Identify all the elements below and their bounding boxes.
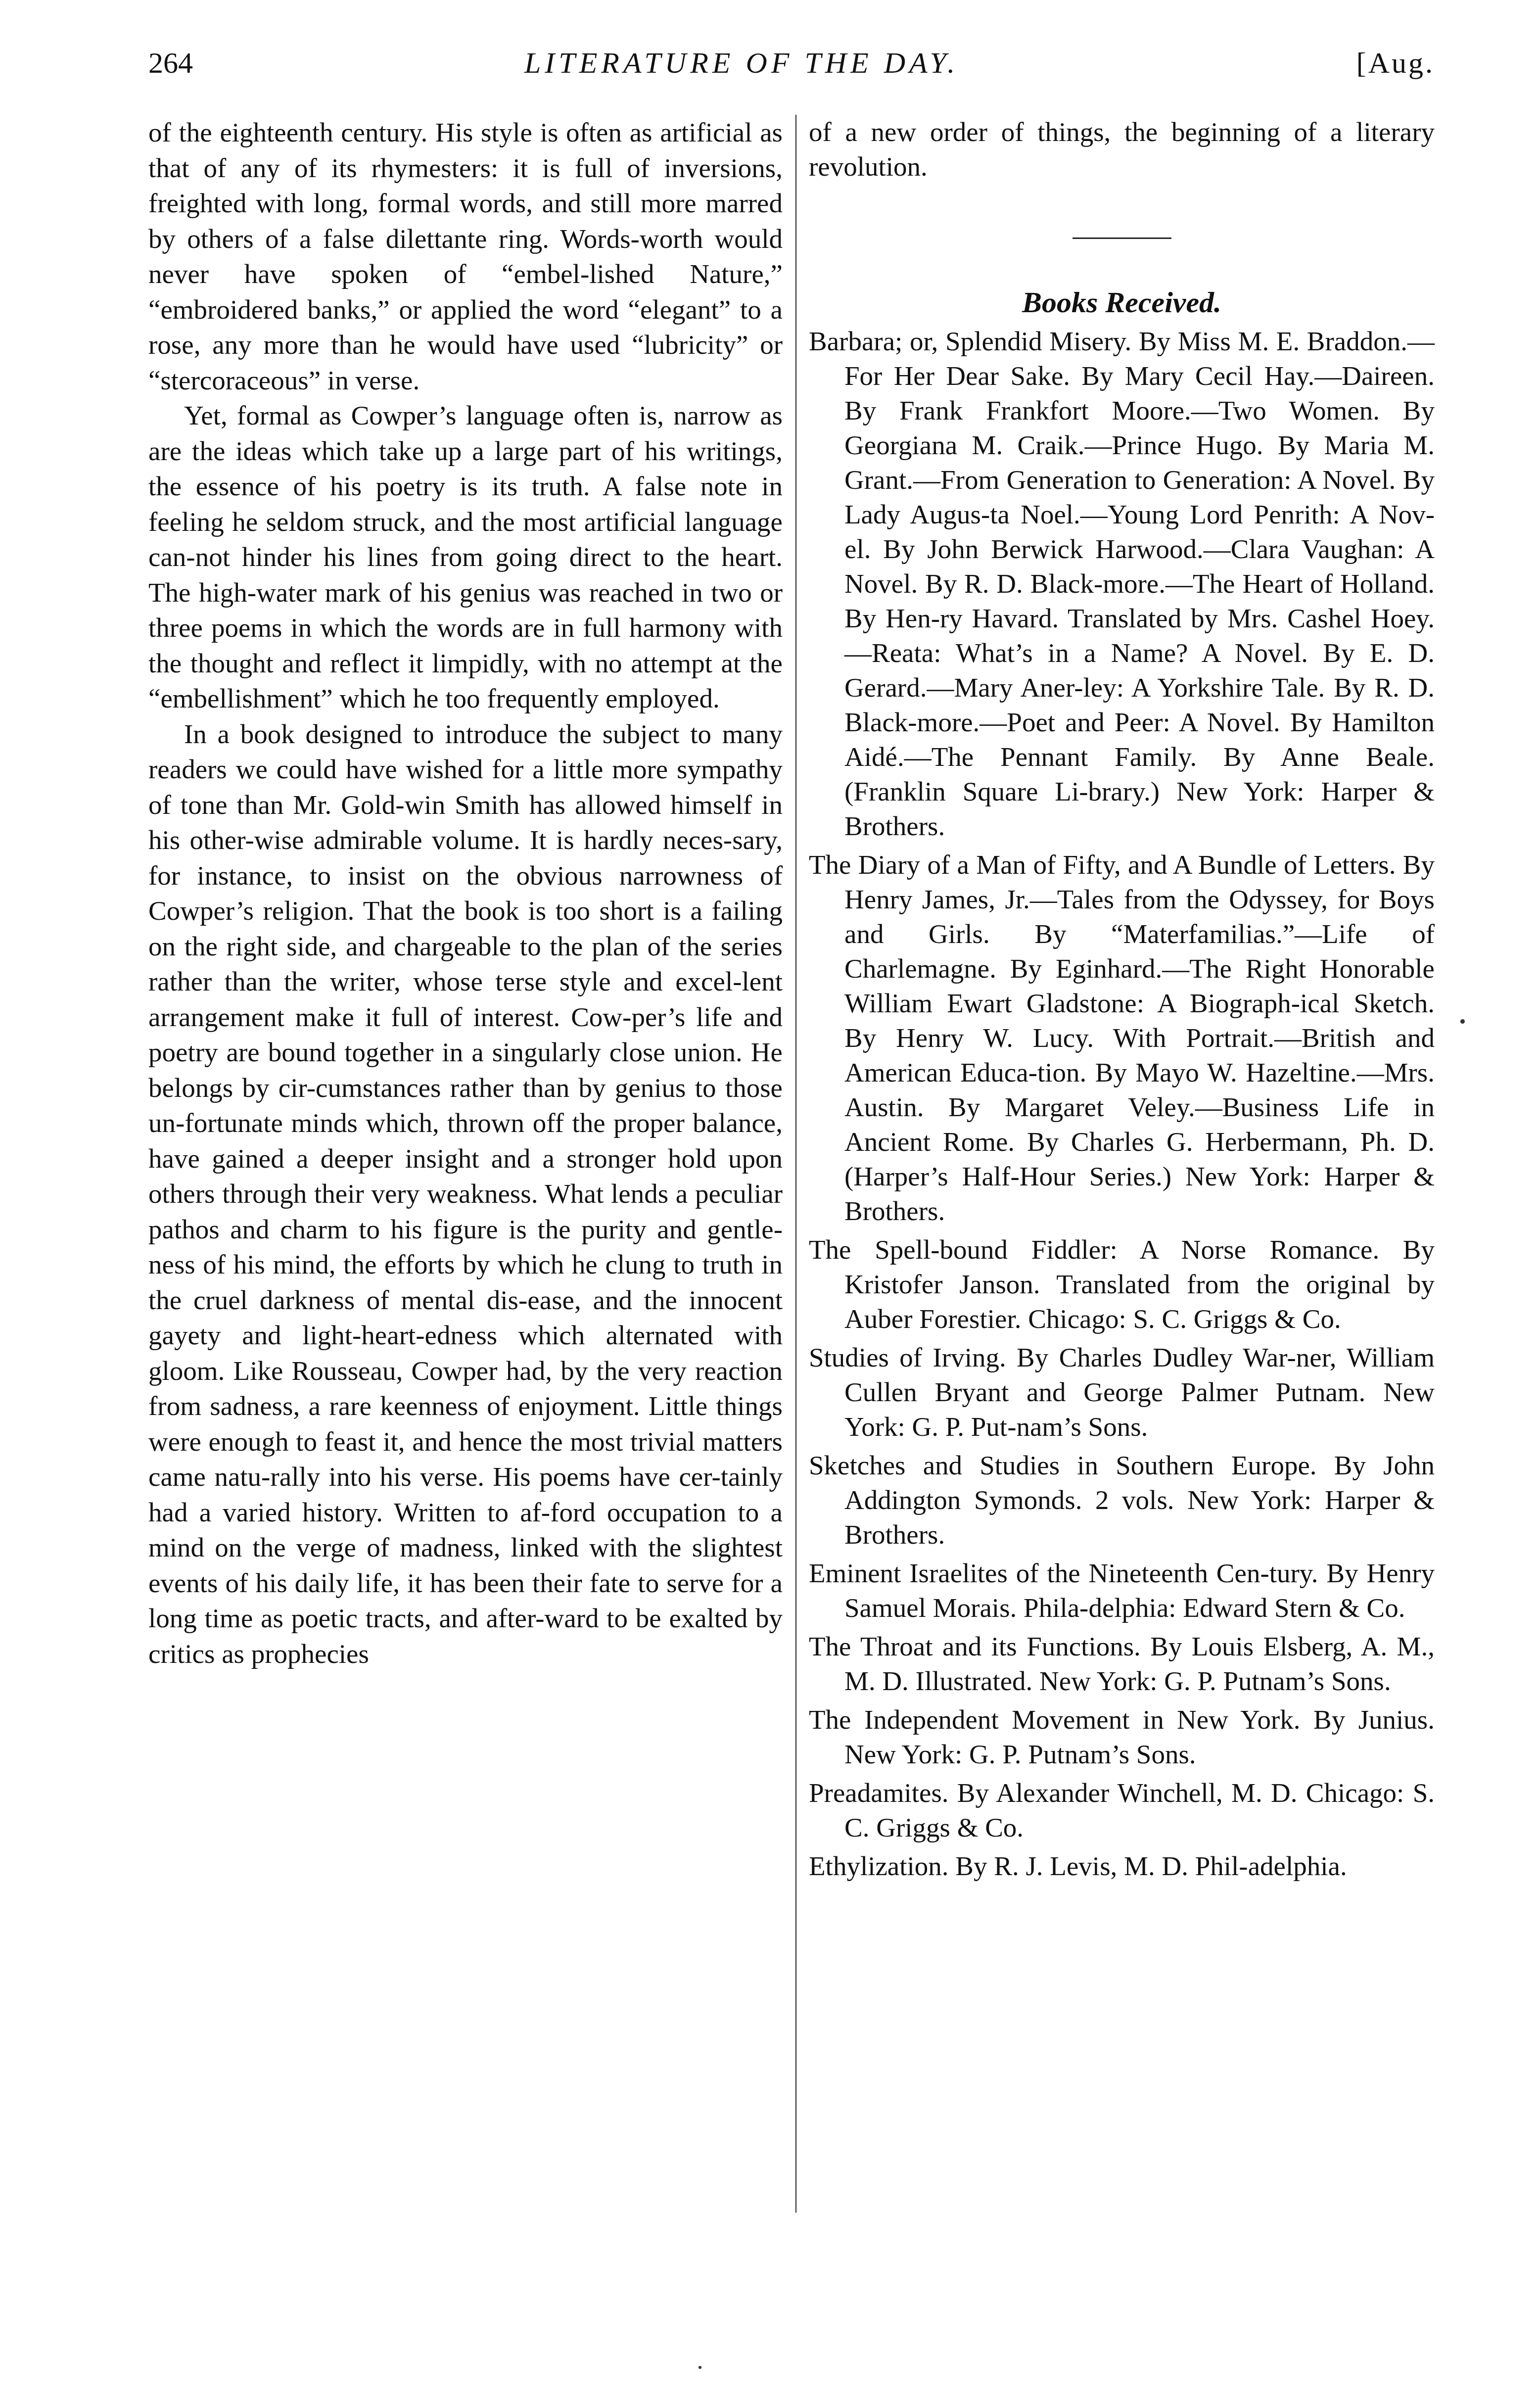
running-month: [Aug.: [1356, 41, 1435, 85]
book-entry: The Independent Movement in New York. By…: [809, 1702, 1435, 1772]
book-entry: The Diary of a Man of Fifty, and A Bundl…: [809, 848, 1435, 1228]
book-entry: Studies of Irving. By Charles Dudley War…: [809, 1340, 1435, 1444]
section-divider: [1072, 237, 1171, 239]
book-entry: Barbara; or, Splendid Misery. By Miss M.…: [809, 324, 1435, 844]
scan-speck: [1460, 1019, 1465, 1024]
section-title: Books Received.: [809, 283, 1435, 322]
book-entry: Eminent Israelites of the Nineteenth Cen…: [809, 1556, 1435, 1625]
book-entry: Sketches and Studies in Southern Europe.…: [809, 1448, 1435, 1552]
right-column: of a new order of things, the beginning …: [809, 115, 1435, 1888]
paragraph: Yet, formal as Cowper’s language often i…: [148, 398, 783, 716]
book-entry: The Spell-bound Fiddler: A Norse Romance…: [809, 1232, 1435, 1336]
paragraph: of the eighteenth century. His style is …: [148, 115, 783, 398]
book-entry: Preadamites. By Alexander Winchell, M. D…: [809, 1776, 1435, 1845]
continuation-paragraph: of a new order of things, the beginning …: [809, 115, 1435, 184]
running-head: 264 LITERATURE OF THE DAY. [Aug.: [148, 41, 1435, 85]
book-entry: The Throat and its Functions. By Louis E…: [809, 1629, 1435, 1699]
document-page: 264 LITERATURE OF THE DAY. [Aug. of the …: [0, 0, 1538, 2408]
books-received-list: Barbara; or, Splendid Misery. By Miss M.…: [809, 324, 1435, 1884]
column-rule: [795, 115, 796, 2213]
running-title: LITERATURE OF THE DAY.: [524, 41, 959, 85]
book-entry: Ethylization. By R. J. Levis, M. D. Phil…: [809, 1849, 1435, 1884]
paragraph: In a book designed to introduce the subj…: [148, 716, 783, 1672]
left-column: of the eighteenth century. His style is …: [148, 115, 783, 1671]
page-number: 264: [148, 41, 193, 85]
scan-speck: [699, 2366, 701, 2369]
